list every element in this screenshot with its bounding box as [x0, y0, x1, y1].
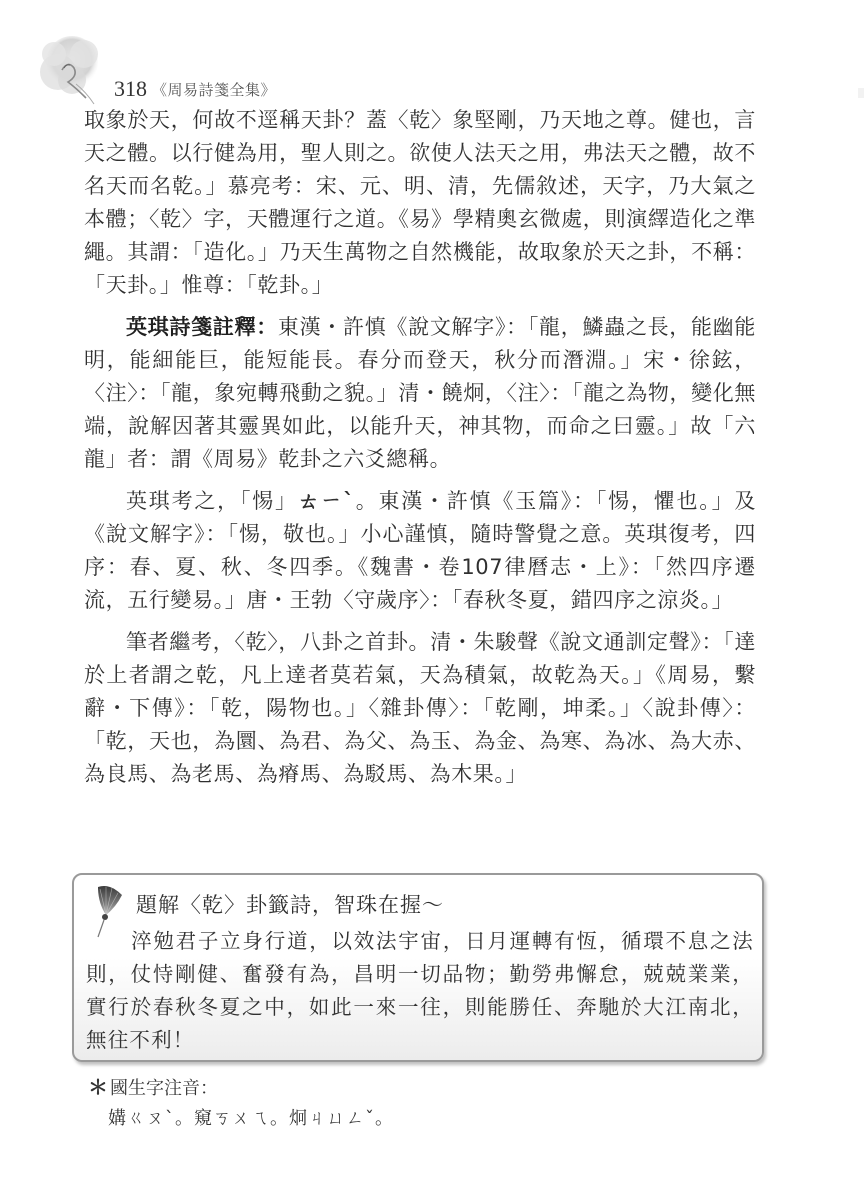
page-header: 318 《周易詩箋全集》 [30, 28, 430, 108]
box-title: 題解〈乾〉卦籤詩，智珠在握～ [136, 889, 444, 919]
footnote-title: 國生字注音： [110, 1078, 218, 1099]
page-number: 318 [114, 76, 147, 102]
pronunciation-line: 媾ㄍㄡˋ。窺ㄎㄨㄟ。炯ㄐㄩㄥˇ。 [88, 1104, 688, 1134]
annotation-heading: 英琪詩箋註釋： [126, 315, 278, 339]
paragraph-text: 取象於天，何故不逕稱天卦？蓋〈乾〉象堅剛，乃天地之尊。健也，言天之體。以行健為用… [84, 108, 756, 297]
asterisk-icon: ＊ [88, 1075, 108, 1099]
page-edge-marker [858, 88, 864, 98]
main-text: 取象於天，何故不逕稱天卦？蓋〈乾〉象堅剛，乃天地之尊。健也，言天之體。以行健為用… [84, 104, 756, 800]
peony-bird-icon [32, 32, 110, 108]
box-text: 淬勉君子立身行道，以效法宇宙，日月運轉有恆，循環不息之法則，仗恃剛健、奮發有為，… [86, 925, 754, 1057]
zhuyin-annotation: ㄊㄧˋ [298, 489, 356, 513]
interpretation-box: 題解〈乾〉卦籤詩，智珠在握～ 淬勉君子立身行道，以效法宇宙，日月運轉有恆，循環不… [72, 873, 764, 1062]
paragraph-text: 筆者繼考，〈乾〉，八卦之首卦。清・朱駿聲《說文通訓定聲》：「達於上者謂之乾，凡上… [84, 630, 756, 786]
paragraph-1: 取象於天，何故不逕稱天卦？蓋〈乾〉象堅剛，乃天地之尊。健也，言天之體。以行健為用… [84, 104, 756, 302]
book-title: 《周易詩箋全集》 [152, 79, 276, 100]
footnote-heading: ＊國生字注音： [88, 1072, 688, 1104]
paragraph-text-before: 英琪考之，「惕」 [126, 489, 298, 513]
paragraph-3: 英琪考之，「惕」ㄊㄧˋ。東漢・許慎《玉篇》：「惕，懼也。」及《說文解字》：「惕，… [84, 485, 756, 617]
paragraph-2: 英琪詩箋註釋：東漢・許慎《說文解字》：「龍，鱗蟲之長，能幽能明，能細能巨，能短能… [84, 311, 756, 476]
footnote: ＊國生字注音： 媾ㄍㄡˋ。窺ㄎㄨㄟ。炯ㄐㄩㄥˇ。 [88, 1072, 688, 1134]
paragraph-4: 筆者繼考，〈乾〉，八卦之首卦。清・朱駿聲《說文通訓定聲》：「達於上者謂之乾，凡上… [84, 626, 756, 791]
